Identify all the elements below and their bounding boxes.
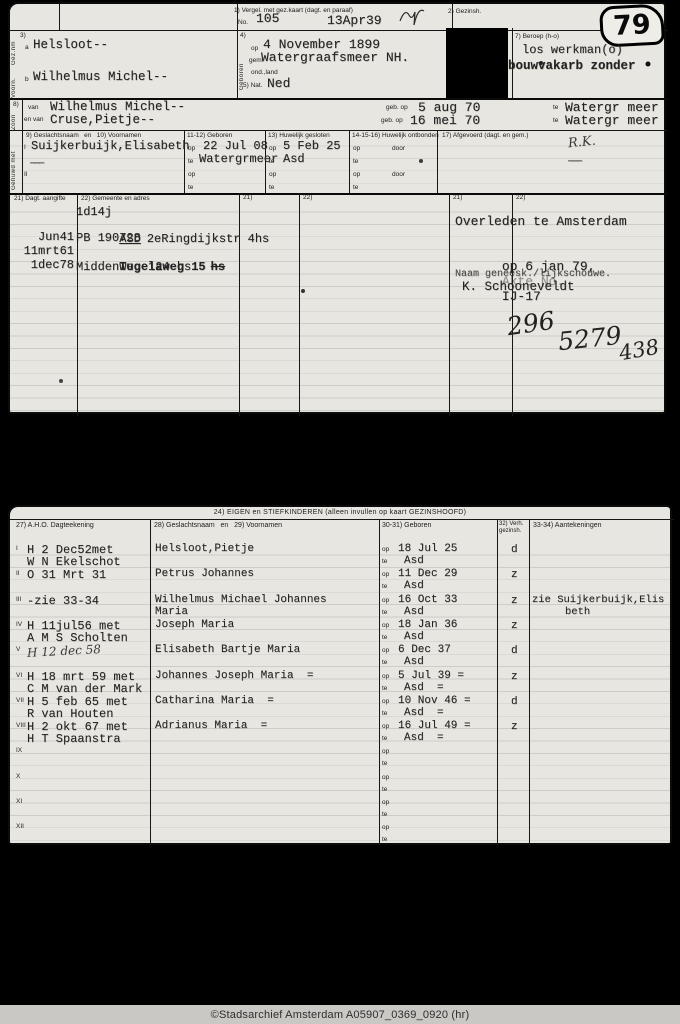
te-label: te [382,685,387,692]
col22-header: 22) Gemeente en adres [81,195,150,202]
firstnames-vertical-label: Voorn. [11,68,17,98]
geb-op-label: geb. op [386,104,408,111]
child-relation-code: z [511,671,518,683]
te-label: te [382,558,387,565]
child-row: VH 12 dec 58Elisabeth Bartje Mariaopte6 … [10,643,670,669]
child-row: IVH 11jul56 metA M S ScholtenJoseph Mari… [10,618,670,644]
op-label: op [188,145,195,152]
child-row: IIO 31 Mrt 31Petrus Johannesopte11 Dec 2… [10,567,670,593]
te-label: te [382,710,387,717]
te-label: te [382,634,387,641]
col11-12-header: 11-12) Geboren [187,132,232,139]
child-row: XIopte [10,795,670,821]
te-label: te [382,760,387,767]
child-dagtekening: O 31 Mrt 31 [27,568,106,582]
child-row: XIIopte [10,820,670,846]
door-label: door [392,145,405,152]
op-label: op [382,824,389,831]
te-label: te [382,735,387,742]
address-line: Middenweg 124 hs [76,260,191,274]
te-label: te [269,158,274,165]
occupation-line1: los werkman(o) [522,43,623,57]
te-label: te [188,184,193,191]
handwritten-number: 5279 [557,321,623,356]
child-dagtekening: -zie 33-34 [27,594,99,608]
address-street: 2eRingdijkstr 4hs [147,232,269,246]
removed-handwriting: R.K. [567,134,596,152]
child-birth-place: Asd [404,631,424,643]
handwritten-number: 438 [617,335,661,366]
te-label: te [553,104,558,111]
op-label: op [269,171,276,178]
op-label: op [188,171,195,178]
child-row-numeral: I [16,545,18,552]
child-birth-date: 16 Jul 49 = [398,720,471,732]
child-relation-code: d [511,696,518,708]
nationality-value: Ned [267,76,290,91]
birth-place-value: Watergraafsmeer NH. [261,50,409,65]
address-line: 1d14j [76,205,112,219]
child-name: Joseph Maria [155,619,234,631]
te-label: te [269,184,274,191]
child-row-numeral: XII [16,823,24,830]
child-row: VIIIH 2 okt 67 metH T SpaanstraAdrianus … [10,719,670,745]
child-relation-code: z [511,569,518,581]
child-birth-date: 11 Dec 29 [398,568,457,580]
handwritten-number: 296 [505,306,556,341]
child-birth-place: Asd [404,606,424,618]
child-birth-place: Asd [404,580,424,592]
child-row: VIH 18 mrt 59 metC M van der MarkJohanne… [10,669,670,695]
child-name: Petrus Johannes [155,568,254,580]
archive-card-bottom: 24) EIGEN en STIEFKINDEREN (alleen invul… [8,505,672,845]
op-label: op [382,647,389,654]
col21b-header: 21) [243,194,252,201]
gehuwd-vertical-label: Gehuwd met [11,134,17,190]
field7-label: 7) Beroep (h-o) [515,33,559,40]
field2-label: 2) Gezinsh. [448,8,481,15]
op-label: op [382,698,389,705]
child-name: Maria [155,606,188,618]
paraaf-handwriting-icon [398,5,432,32]
te-label: te [382,786,387,793]
child-row: IXopte [10,744,670,770]
child-row: Xopte [10,770,670,796]
spouse-row2-dash: ——— [30,158,43,168]
op-label: op [382,799,389,806]
card-number: 105 [256,11,279,26]
child-birth-date: 6 Dec 37 [398,644,451,656]
op-label: op [269,145,276,152]
field5-label: 5) Nat. [243,82,263,89]
death-note-line4: K. Schooneveldt [462,280,575,294]
child-birth-place: Asd = [404,707,444,719]
scan-specks [0,0,2,2]
spouse-row1-numeral: I [24,144,26,151]
child-name: Johannes Joseph Maria = [155,670,313,682]
child-row: III-zie 33-34Wilhelmus Michael JohannesM… [10,593,670,619]
op-label: op [382,723,389,730]
child-row-numeral: III [16,596,21,603]
child-name: Catharina Maria = [155,695,274,707]
mother-birth-place: Watergr meer [565,113,659,128]
child-row-numeral: V [16,646,20,653]
removed-dash: ——— [568,156,581,166]
op-label: op [353,171,360,178]
child-row-numeral: X [16,773,20,780]
father-name: Wilhelmus Michel-- [50,100,185,114]
child-relation-code: z [511,595,518,607]
divider [59,4,60,30]
te-label: te [382,659,387,666]
spouse-born-date: 22 Jul 08 [203,139,268,153]
op-label: op [251,45,258,52]
op-label: op [382,673,389,680]
registration-date: Jun41 [10,230,74,244]
child-birth-date: 5 Jul 39 = [398,670,464,682]
archive-credit-text: ©Stadsarchief Amsterdam A05907_0369_0920… [211,1009,470,1021]
op-label: op [382,546,389,553]
child-row: IH 2 Dec52metW N EkelschotHelsloot,Pietj… [10,542,670,568]
op-label: op [353,145,360,152]
divider [299,193,300,416]
child-row-numeral: IV [16,621,22,628]
card-index-badge: 79 [599,3,665,47]
archive-credit-bar: ©Stadsarchief Amsterdam A05907_0369_0920… [0,1005,680,1024]
child-relation-code: z [511,721,518,733]
col9-10-header: 9) Geslachtsnaam en 10) Voornamen [26,132,141,139]
ond-land-label: ond.,land [251,69,278,76]
registration-date: 1dec78 [10,258,74,272]
zoon-vertical-label: Zoon [11,104,17,130]
child-annotation: beth [565,606,590,618]
child-row-numeral: IX [16,747,22,754]
door-label: door [392,171,405,178]
te-label: te [553,117,558,124]
te-label: te [188,158,193,165]
child-row-numeral: II [16,570,20,577]
child-relation-code: d [511,544,518,556]
child-row-numeral: XI [16,798,22,805]
field3-label: 3) [20,32,26,39]
row-a-prefix: a [25,44,29,51]
surname-value: Helsloot-- [33,38,108,52]
col21-header: 21) Dagt. aangifte [14,195,66,202]
te-label: te [353,158,358,165]
geb-op-label: geb. op [381,117,403,124]
child-row-numeral: VIII [16,722,26,729]
child-row-numeral: VI [16,672,22,679]
te-label: te [382,583,387,590]
redaction-box [446,28,508,98]
en-van-label: en van [24,116,44,123]
child-name: Adrianus Maria = [155,720,267,732]
te-label: te [353,184,358,191]
compare-date: 13Apr39 [327,13,382,28]
child-birth-place: Asd [404,656,424,668]
child-relation-code: d [511,645,518,657]
field4-label: 4) [240,32,246,39]
op-label: op [382,748,389,755]
registration-date: 11mrt61 [10,244,74,258]
spouse-name: Suijkerbuijk,Elisabeth [31,139,189,153]
row-b-prefix: b [25,76,29,83]
col21c-header: 21) [453,194,462,201]
children-rows: IH 2 Dec52metW N EkelschotHelsloot,Pietj… [10,507,670,843]
occupation-line2: bouwvakarb zonder [508,59,636,73]
death-note-line3: Naam geneesk./lijkschouwe. [455,269,611,280]
child-birth-place: Asd = [404,682,444,694]
spouse-born-place: Watergrmeer [199,152,278,166]
address-line: PB 190728 [76,231,141,245]
te-label: te [382,609,387,616]
divider [349,130,350,193]
op-label: op [382,774,389,781]
col22c-header: 22) [516,194,525,201]
van-label: van [28,104,38,111]
child-name: Wilhelmus Michael Johannes [155,594,327,606]
op-label: op [382,622,389,629]
divider [449,193,450,416]
address-struck-suffix: hs [211,260,225,274]
mother-name: Cruse,Pietje-- [50,113,155,127]
child-name: Helsloot,Pietje [155,543,254,555]
child-annotation: zie Suijkerbuijk,Elis [532,594,664,606]
marriage-date: 5 Feb 25 [283,139,341,153]
col14-16-header: 14-15-16) Huwelijk ontbonden [352,132,439,139]
child-birth-place: Asd [404,555,424,567]
child-row: VIIH 5 feb 65 metR van HoutenCatharina M… [10,694,670,720]
divider [437,130,438,193]
te-label: te [382,811,387,818]
mother-birth-date: 16 mei 70 [410,113,480,128]
no-label: No. [238,19,248,26]
child-dagtekening-handwriting: H 12 dec 58 [27,642,102,660]
op-label: op [382,571,389,578]
child-birth-date: 10 Nov 46 = [398,695,471,707]
col13-header: 13) Huwelijk gesloten [268,132,330,139]
death-note-line1: Overleden te Amsterdam [455,214,627,229]
archive-card-top: 1) Vergel. met gez.kaart (dagt. en paraa… [8,2,666,414]
child-birth-place: Asd = [404,732,444,744]
col17-header: 17) Afgevoerd (dagt. en gem.) [442,132,528,139]
scanned-archive-card-page: 1) Vergel. met gez.kaart (dagt. en paraa… [0,0,680,1024]
child-name: Elisabeth Bartje Maria [155,644,300,656]
child-birth-date: 18 Jan 36 [398,619,457,631]
marriage-place: Asd [283,152,305,166]
child-birth-date: 16 Oct 33 [398,594,457,606]
col22b-header: 22) [303,194,312,201]
te-label: te [382,836,387,843]
spouse-row2-numeral: II [24,171,28,178]
firstnames-value: Wilhelmus Michel-- [33,70,168,84]
child-birth-date: 18 Jul 25 [398,543,457,555]
divider [10,30,668,31]
surname-vertical-label: Gez.nm [11,35,17,65]
child-row-numeral: VII [16,697,24,704]
op-label: op [382,597,389,604]
child-relation-code: z [511,620,518,632]
